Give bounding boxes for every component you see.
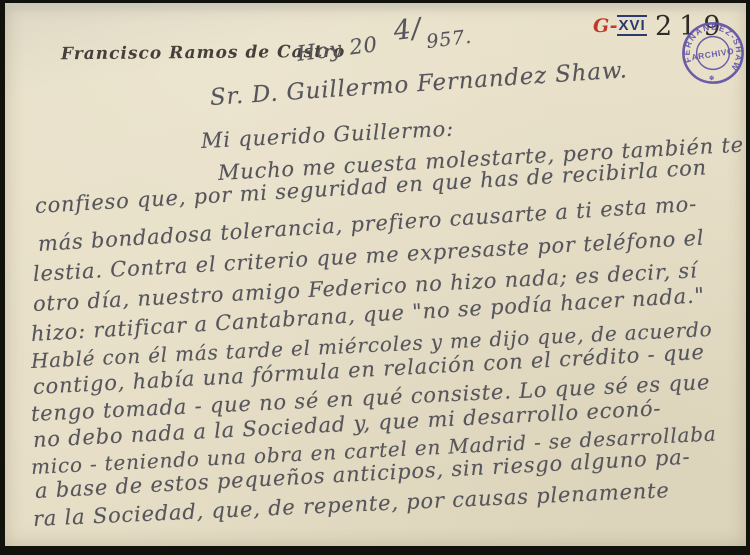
letter-scan: Francisco Ramos de Castro Hoy 20 4/ 957.… [0,0,750,555]
archive-stamp: FERNANDEZ-SHAW ARCHIVO ✽ [671,11,750,95]
classification-mark: G-XVI [593,15,647,37]
date-year: 957. [425,26,473,53]
stamp-ring-text: FERNANDEZ-SHAW [681,20,746,73]
classification-prefix: G- [593,15,617,37]
letter-paper: Francisco Ramos de Castro Hoy 20 4/ 957.… [5,3,746,546]
date-month: 4/ [392,13,423,47]
date-line: Hoy 20 4/ 957. [295,16,473,68]
recipient-line: Sr. D. Guillermo Fernandez Shaw. [209,57,628,111]
flower-icon: ✽ [709,74,715,82]
date-prefix: Hoy 20 [296,32,379,66]
svg-text:FERNANDEZ-SHAW: FERNANDEZ-SHAW [681,20,746,73]
classification-numeral: XVI [617,15,646,36]
salutation-line: Mi querido Guillermo: [200,117,454,153]
